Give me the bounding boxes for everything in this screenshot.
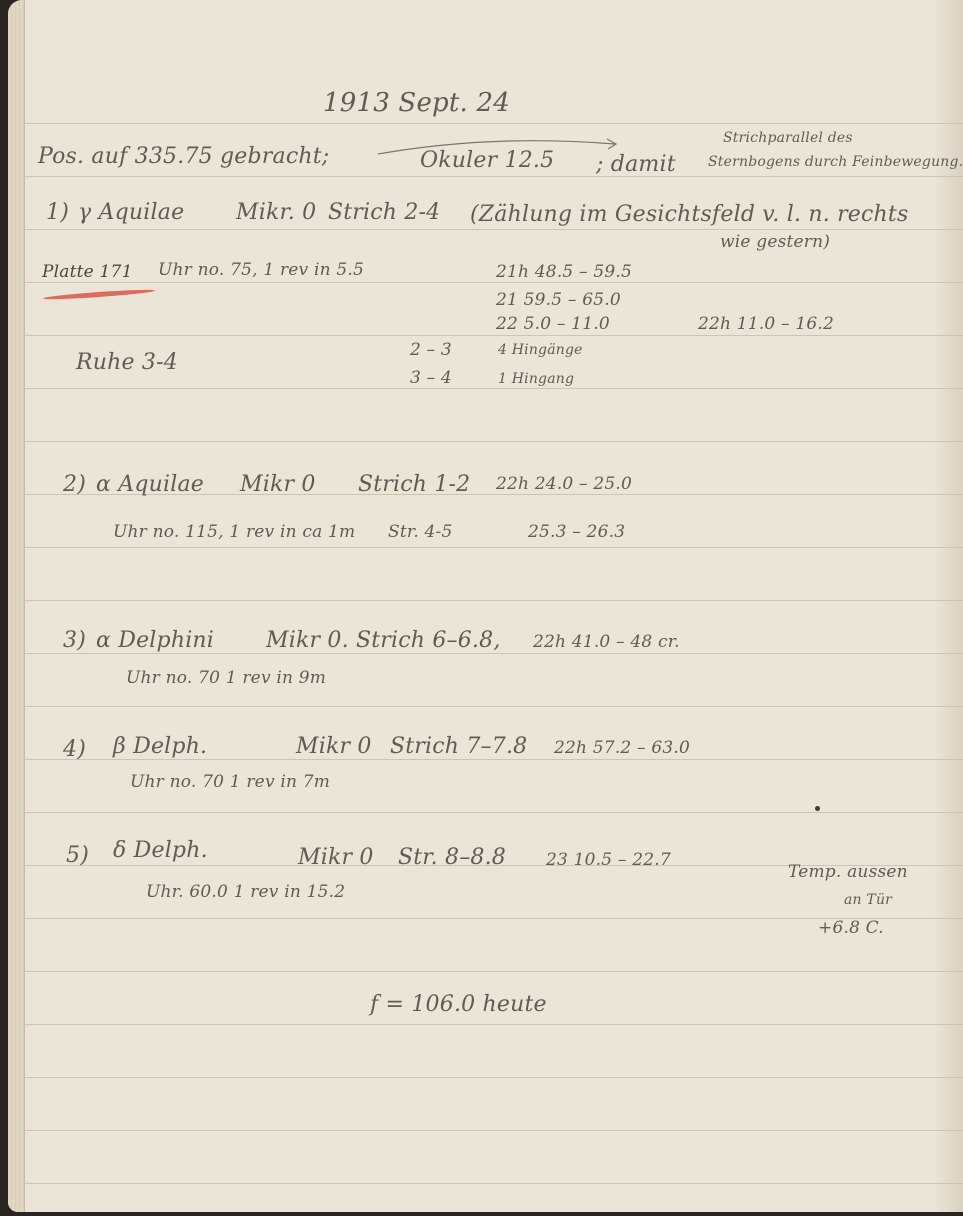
ruled-line xyxy=(24,123,963,124)
entry-4-time: 22h 57.2 – 63.0 xyxy=(554,738,690,758)
entry-2-star: α Aquilae xyxy=(96,472,204,497)
position-note: Pos. auf 335.75 gebracht; xyxy=(38,144,329,169)
page-edge-stack xyxy=(8,0,25,1212)
ruled-line xyxy=(24,547,963,548)
entry-1-time-1: 21h 48.5 – 59.5 xyxy=(496,262,632,282)
rest-label: Ruhe 3-4 xyxy=(76,350,178,375)
entry-3-mikro: Mikr 0. xyxy=(266,628,349,653)
ocular-note: Okuler 12.5 xyxy=(420,148,554,173)
entry-1-time-2: 21 59.5 – 65.0 xyxy=(496,290,621,310)
entry-1-clock: Uhr no. 75, 1 rev in 5.5 xyxy=(158,260,364,280)
annotation-line-1: Strichparallel des xyxy=(723,130,853,146)
temperature-value: +6.8 C. xyxy=(818,918,884,938)
entry-2-time-1: 22h 24.0 – 25.0 xyxy=(496,474,632,494)
entry-4-mikro: Mikr 0 xyxy=(296,734,372,759)
entry-3-star: α Delphini xyxy=(96,628,214,653)
transit-range-2: 3 – 4 xyxy=(410,368,452,388)
transit-count-2: 1 Hingang xyxy=(498,371,574,387)
temperature-label-1: Temp. aussen xyxy=(788,862,908,882)
entry-1-note: (Zählung im Gesichtsfeld v. l. n. rechts xyxy=(470,202,908,227)
focal-length-note: f = 106.0 heute xyxy=(370,992,547,1017)
entry-5-star: δ Delph. xyxy=(113,838,208,863)
entry-1-note-2: wie gestern) xyxy=(720,232,830,252)
ruled-line xyxy=(24,176,963,177)
entry-1-strich: Strich 2-4 xyxy=(328,200,440,225)
entry-1-time-3: 22 5.0 – 11.0 xyxy=(496,314,610,334)
entry-5-strich: Str. 8–8.8 xyxy=(398,845,506,870)
ruled-line xyxy=(24,1077,963,1078)
page-date: 1913 Sept. 24 xyxy=(323,88,510,118)
transit-count-1: 4 Hingänge xyxy=(498,342,583,358)
entry-5-time: 23 10.5 – 22.7 xyxy=(546,850,671,870)
entry-3-strich: Strich 6–6.8, xyxy=(356,628,501,653)
entry-4-clock: Uhr no. 70 1 rev in 7m xyxy=(130,772,330,792)
entry-2-clock: Uhr no. 115, 1 rev in ca 1m xyxy=(113,522,355,542)
entry-2-number: 2) xyxy=(63,472,86,497)
ruled-line xyxy=(24,812,963,813)
entry-4-star: β Delph. xyxy=(113,734,207,759)
ruled-line xyxy=(24,282,963,283)
entry-1-time-4: 22h 11.0 – 16.2 xyxy=(698,314,834,334)
ruled-line xyxy=(24,1183,963,1184)
red-underline-mark xyxy=(43,288,155,301)
ruled-line xyxy=(24,388,963,389)
transit-range-1: 2 – 3 xyxy=(410,340,452,360)
entry-1-star: γ Aquilae xyxy=(78,200,184,225)
entry-3-clock: Uhr no. 70 1 rev in 9m xyxy=(126,668,326,688)
ruled-line xyxy=(24,706,963,707)
annotation-line-2: Sternbogens durch Feinbewegung. xyxy=(708,154,963,170)
plate-label: Platte 171 xyxy=(42,262,133,282)
entry-3-number: 3) xyxy=(63,628,86,653)
ruled-line xyxy=(24,1130,963,1131)
ruled-line xyxy=(24,229,963,230)
entry-4-number: 4) xyxy=(63,737,86,762)
page-gutter-shadow xyxy=(933,0,963,1212)
ruled-line xyxy=(24,759,963,760)
ruled-line xyxy=(24,971,963,972)
damit-note: ; damit xyxy=(596,152,676,177)
ink-dot xyxy=(815,806,820,811)
entry-4-strich: Strich 7–7.8 xyxy=(390,734,527,759)
entry-2-strich-2: Str. 4-5 xyxy=(388,522,453,542)
entry-5-clock: Uhr. 60.0 1 rev in 15.2 xyxy=(146,882,345,902)
entry-2-strich: Strich 1-2 xyxy=(358,472,470,497)
entry-3-time: 22h 41.0 – 48 cr. xyxy=(533,632,680,652)
ruled-line xyxy=(24,441,963,442)
ruled-line xyxy=(24,653,963,654)
entry-1-mikro: Mikr. 0 xyxy=(236,200,316,225)
ruled-line xyxy=(24,335,963,336)
entry-2-time-2: 25.3 – 26.3 xyxy=(528,522,625,542)
notebook-page: 1913 Sept. 24 Pos. auf 335.75 gebracht; … xyxy=(8,0,963,1212)
temperature-label-2: an Tür xyxy=(844,892,892,908)
entry-2-mikro: Mikr 0 xyxy=(240,472,316,497)
entry-5-number: 5) xyxy=(66,843,89,868)
ruled-line xyxy=(24,1024,963,1025)
entry-5-mikro: Mikr 0 xyxy=(298,845,374,870)
entry-1-number: 1) xyxy=(46,200,69,225)
ruled-line xyxy=(24,600,963,601)
